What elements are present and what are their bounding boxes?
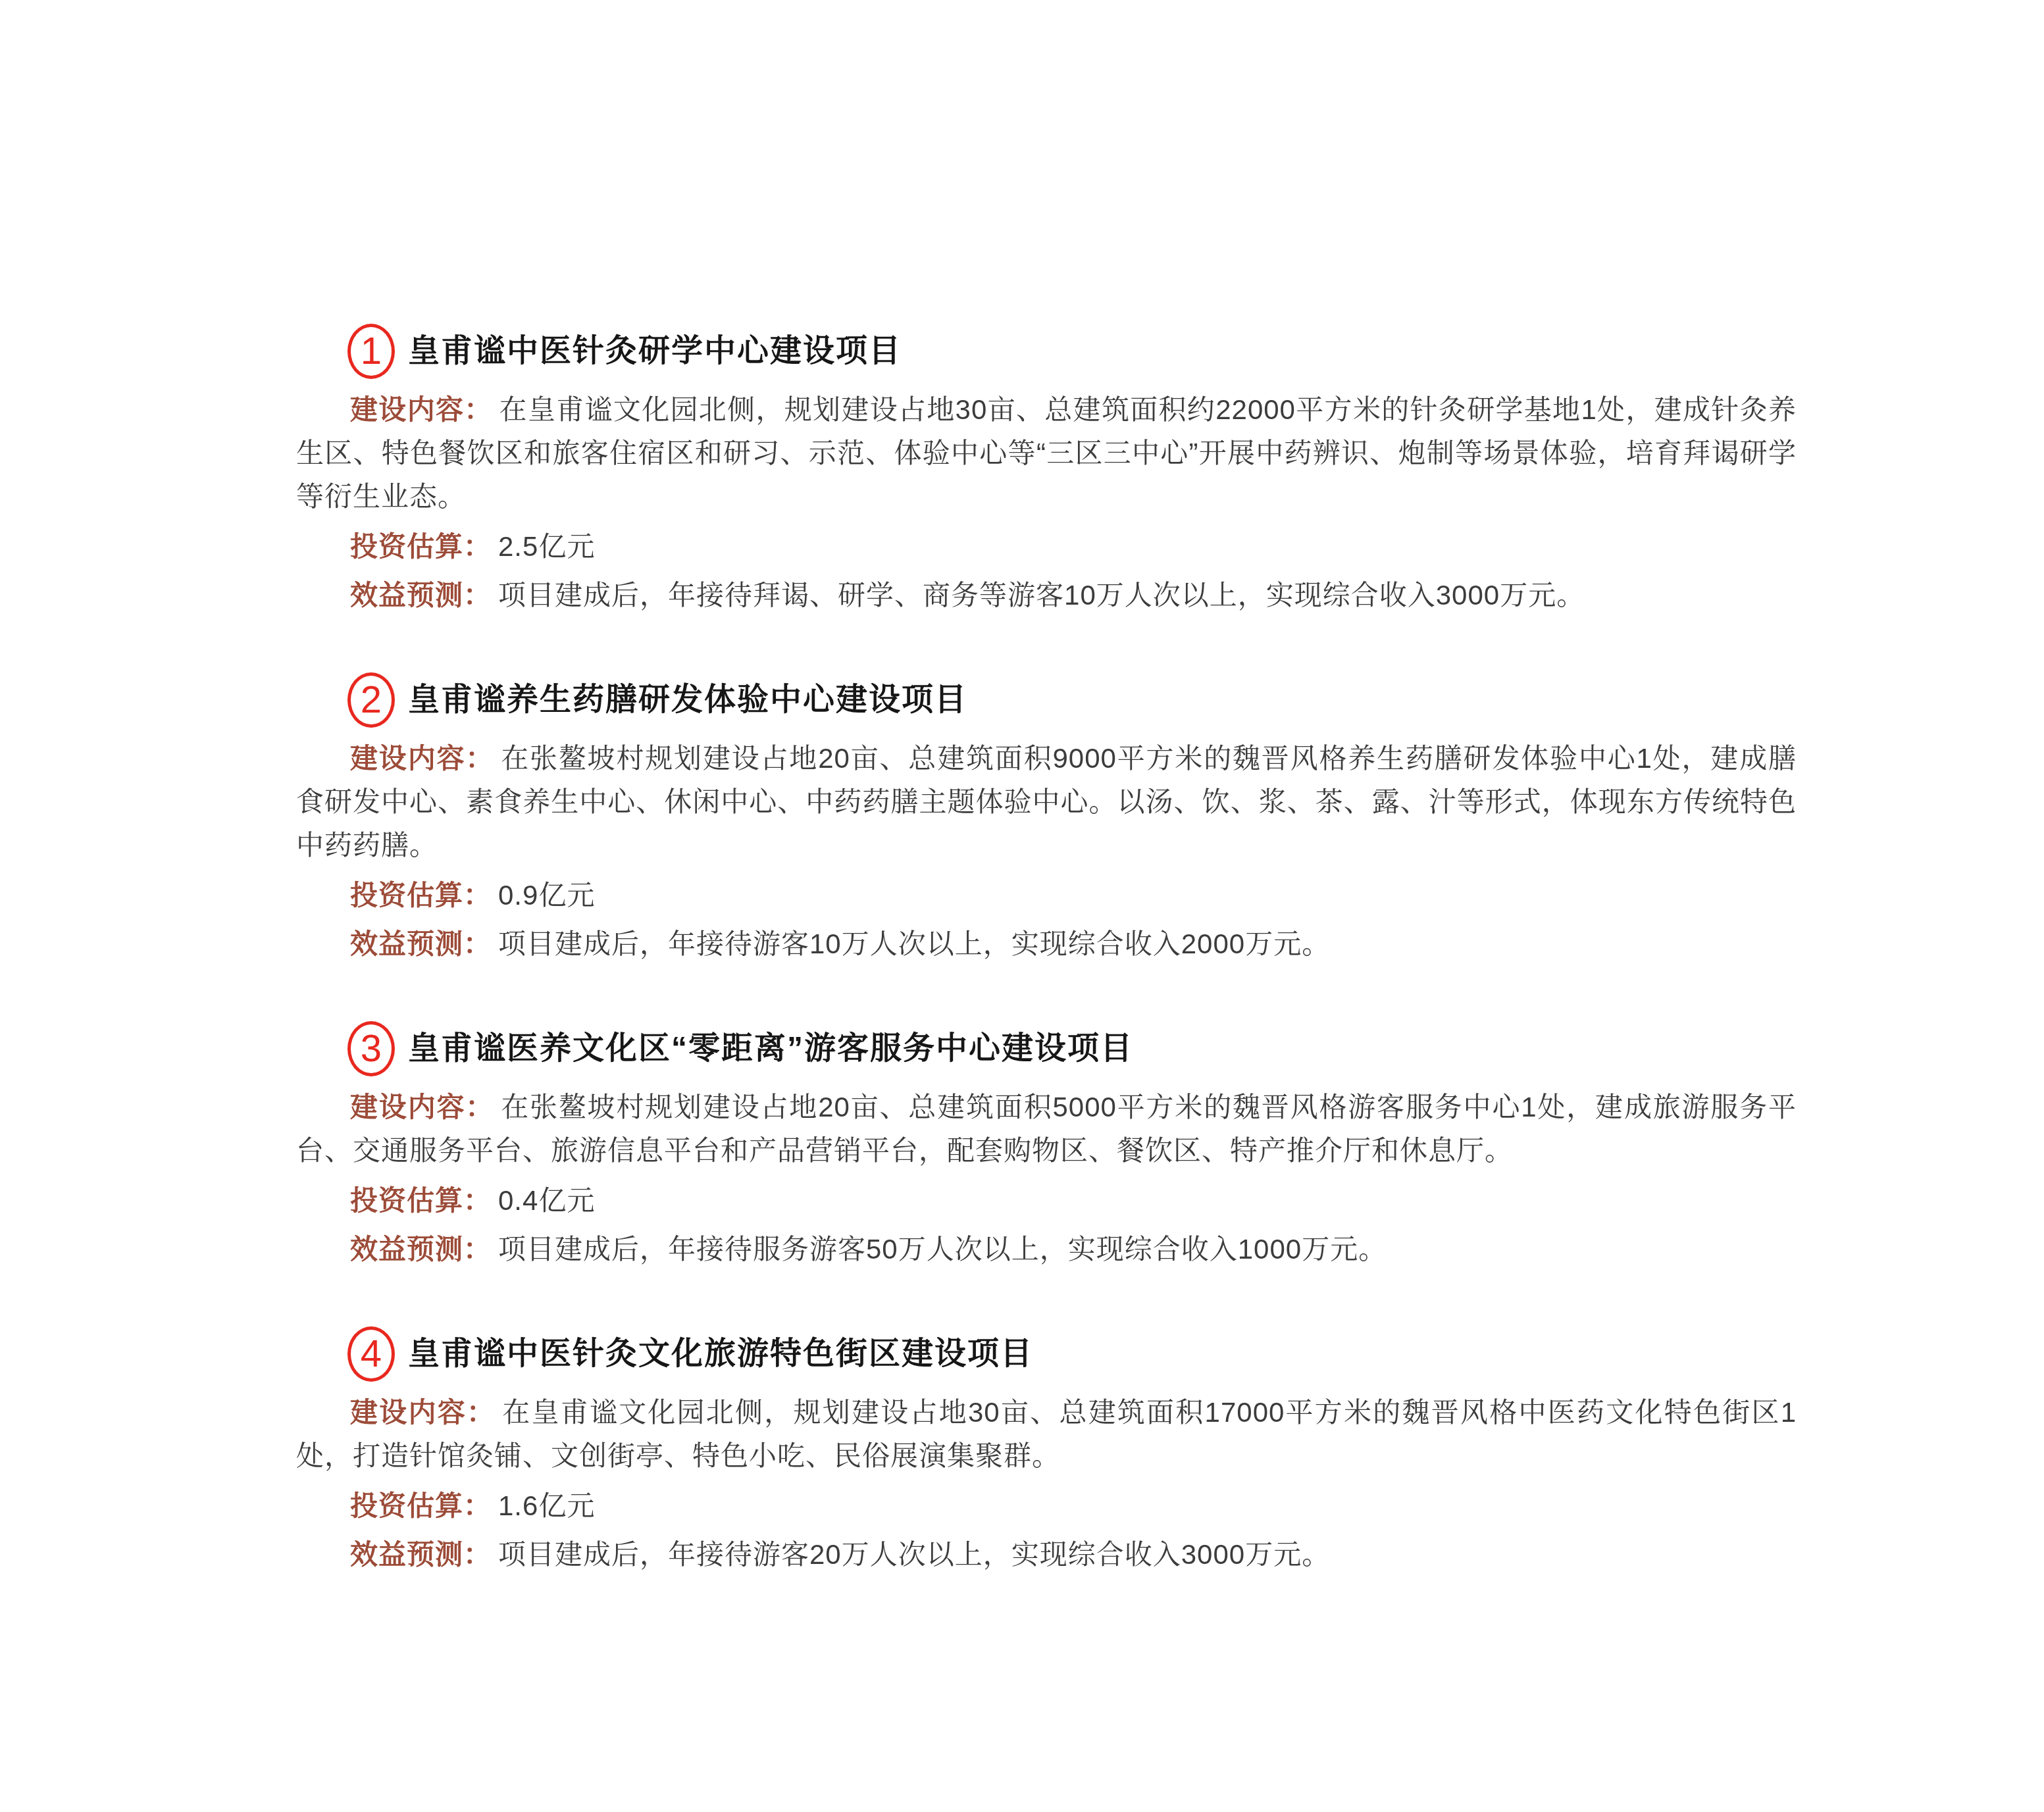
project-title: 皇甫谧医养文化区“零距离”游客服务中心建设项目	[408, 1030, 1133, 1068]
project-title: 皇甫谧养生药膳研发体验中心建设项目	[408, 681, 967, 719]
benefit-text: 项目建成后，年接待游客10万人次以上，实现综合收入2000万元。	[498, 928, 1330, 959]
content-text: 在皇甫谧文化园北侧，规划建设占地30亩、总建筑面积约22000平方米的针灸研学基…	[296, 394, 1797, 512]
investment-value: 1.6亿元	[498, 1490, 595, 1521]
content-label: 建设内容：	[350, 743, 494, 774]
investment-label: 投资估算：	[350, 880, 492, 911]
content-label: 建设内容：	[350, 1397, 496, 1428]
investment-label: 投资估算：	[350, 531, 492, 562]
benefit-text: 项目建成后，年接待拜谒、研学、商务等游客10万人次以上，实现综合收入3000万元…	[498, 580, 1585, 611]
investment-line: 投资估算：1.6亿元	[296, 1484, 1797, 1528]
circled-number-icon: 4	[347, 1326, 395, 1382]
project-title-row: 3 皇甫谧医养文化区“零距离”游客服务中心建设项目	[347, 1021, 1797, 1076]
project-section: 2 皇甫谧养生药膳研发体验中心建设项目 建设内容：在张鳌坡村规划建设占地20亩、…	[296, 672, 1797, 966]
investment-line: 投资估算：2.5亿元	[296, 525, 1797, 568]
content-label: 建设内容：	[350, 394, 493, 425]
investment-label: 投资估算：	[350, 1185, 492, 1216]
benefit-line: 效益预测：项目建成后，年接待拜谒、研学、商务等游客10万人次以上，实现综合收入3…	[296, 574, 1797, 617]
content-text: 在张鳌坡村规划建设占地20亩、总建筑面积9000平方米的魏晋风格养生药膳研发体验…	[296, 743, 1797, 861]
project-section: 4 皇甫谧中医针灸文化旅游特色街区建设项目 建设内容：在皇甫谧文化园北侧，规划建…	[296, 1326, 1797, 1576]
content-text: 在张鳌坡村规划建设占地20亩、总建筑面积5000平方米的魏晋风格游客服务中心1处…	[296, 1092, 1797, 1166]
construction-content-paragraph: 建设内容：在张鳌坡村规划建设占地20亩、总建筑面积9000平方米的魏晋风格养生药…	[296, 737, 1797, 867]
investment-label: 投资估算：	[350, 1490, 492, 1521]
project-title: 皇甫谧中医针灸研学中心建设项目	[408, 332, 902, 370]
construction-content-paragraph: 建设内容：在张鳌坡村规划建设占地20亩、总建筑面积5000平方米的魏晋风格游客服…	[296, 1086, 1797, 1172]
benefit-text: 项目建成后，年接待游客20万人次以上，实现综合收入3000万元。	[498, 1539, 1330, 1570]
benefit-label: 效益预测：	[350, 928, 492, 959]
benefit-line: 效益预测：项目建成后，年接待服务游客50万人次以上，实现综合收入1000万元。	[296, 1228, 1797, 1271]
benefit-label: 效益预测：	[350, 1539, 492, 1570]
circled-number-icon: 2	[347, 672, 395, 728]
benefit-line: 效益预测：项目建成后，年接待游客10万人次以上，实现综合收入2000万元。	[296, 922, 1797, 966]
project-title-row: 4 皇甫谧中医针灸文化旅游特色街区建设项目	[347, 1326, 1797, 1382]
investment-line: 投资估算：0.4亿元	[296, 1179, 1797, 1222]
investment-value: 0.4亿元	[498, 1185, 595, 1216]
content-label: 建设内容：	[350, 1092, 494, 1122]
benefit-label: 效益预测：	[350, 1234, 492, 1265]
project-title: 皇甫谧中医针灸文化旅游特色街区建设项目	[408, 1335, 1033, 1373]
benefit-label: 效益预测：	[350, 580, 492, 611]
document-page: 1 皇甫谧中医针灸研学中心建设项目 建设内容：在皇甫谧文化园北侧，规划建设占地3…	[0, 0, 2044, 1812]
project-section: 1 皇甫谧中医针灸研学中心建设项目 建设内容：在皇甫谧文化园北侧，规划建设占地3…	[296, 324, 1797, 617]
project-section: 3 皇甫谧医养文化区“零距离”游客服务中心建设项目 建设内容：在张鳌坡村规划建设…	[296, 1021, 1797, 1271]
benefit-text: 项目建成后，年接待服务游客50万人次以上，实现综合收入1000万元。	[498, 1234, 1387, 1265]
construction-content-paragraph: 建设内容：在皇甫谧文化园北侧，规划建设占地30亩、总建筑面积约22000平方米的…	[296, 388, 1797, 518]
content-text: 在皇甫谧文化园北侧，规划建设占地30亩、总建筑面积17000平方米的魏晋风格中医…	[296, 1397, 1797, 1471]
construction-content-paragraph: 建设内容：在皇甫谧文化园北侧，规划建设占地30亩、总建筑面积17000平方米的魏…	[296, 1391, 1797, 1478]
circled-number-icon: 3	[347, 1021, 395, 1076]
circled-number-icon: 1	[347, 324, 395, 379]
project-title-row: 2 皇甫谧养生药膳研发体验中心建设项目	[347, 672, 1797, 728]
investment-line: 投资估算：0.9亿元	[296, 874, 1797, 917]
investment-value: 2.5亿元	[498, 531, 595, 562]
benefit-line: 效益预测：项目建成后，年接待游客20万人次以上，实现综合收入3000万元。	[296, 1533, 1797, 1576]
investment-value: 0.9亿元	[498, 880, 595, 911]
project-title-row: 1 皇甫谧中医针灸研学中心建设项目	[347, 324, 1797, 379]
